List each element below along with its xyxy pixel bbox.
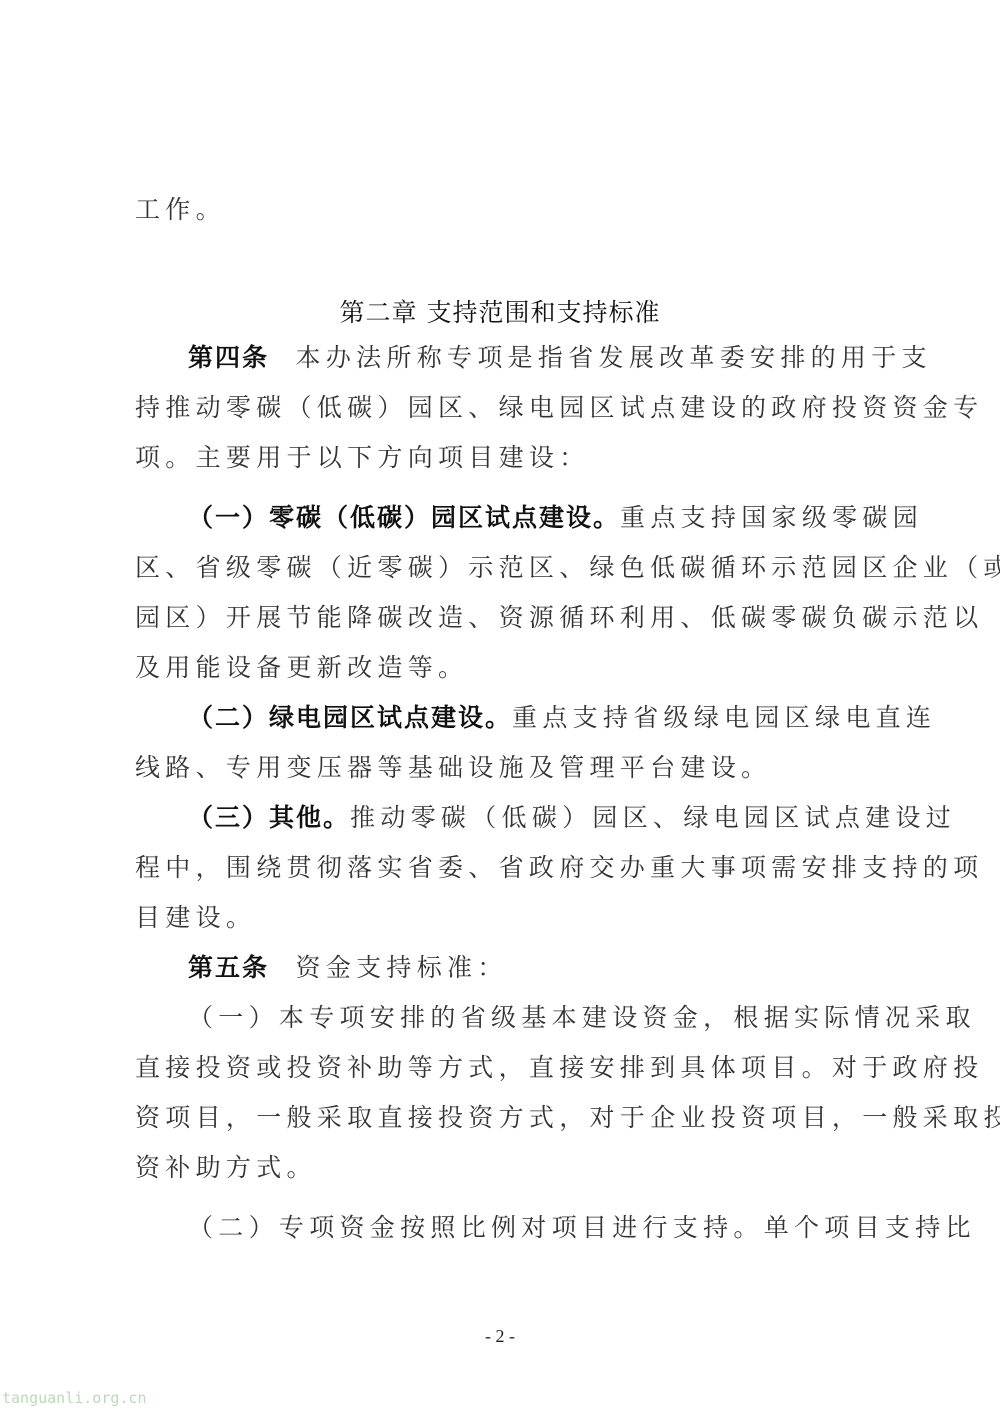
article5-line: （一）本专项安排的省级基本建设资金，根据实际情况采取 <box>188 1003 877 1033</box>
article4-label: 第四条 <box>188 343 269 372</box>
article5-label: 第五条 <box>188 953 269 982</box>
item-title: （一）零碳（低碳）园区试点建设。 <box>188 503 620 532</box>
item-line: 及用能设备更新改造等。 <box>135 653 877 683</box>
item-title: （二）绿电园区试点建设。 <box>188 703 512 732</box>
item-other: （三）其他。推动零碳（低碳）园区、绿电园区试点建设过 <box>188 803 877 833</box>
article5-line: 直接投资或投资补助等方式，直接安排到具体项目。对于政府投 <box>135 1053 877 1083</box>
article5-line: 资项目，一般采取直接投资方式，对于企业投资项目，一般采取投 <box>135 1103 877 1133</box>
carryover-text: 工作。 <box>135 195 877 225</box>
item-line: 区、省级零碳（近零碳）示范区、绿色低碳循环示范园区企业（或 <box>135 553 877 583</box>
article5-intro: 资金支持标准： <box>296 953 508 982</box>
chapter-heading: 第二章 支持范围和支持标准 <box>0 293 1000 329</box>
article4-line: 持推动零碳（低碳）园区、绿电园区试点建设的政府投资资金专 <box>135 393 877 423</box>
article5-line: 资补助方式。 <box>135 1153 877 1183</box>
item-text: 推动零碳（低碳）园区、绿电园区试点建设过 <box>350 803 956 832</box>
item-line: 线路、专用变压器等基础设施及管理平台建设。 <box>135 753 877 783</box>
article5-first-line: 第五条 资金支持标准： <box>188 953 877 983</box>
item-line: 园区）开展节能降碳改造、资源循环利用、低碳零碳负碳示范以 <box>135 603 877 633</box>
article5-line: （二）专项资金按照比例对项目进行支持。单个项目支持比 <box>188 1213 877 1243</box>
item-line: 程中，围绕贯彻落实省委、省政府交办重大事项需安排支持的项 <box>135 853 877 883</box>
item-text: 重点支持省级绿电园区绿电直连 <box>512 703 936 732</box>
article4-line: 项。主要用于以下方向项目建设： <box>135 443 877 473</box>
item-green-power: （二）绿电园区试点建设。重点支持省级绿电园区绿电直连 <box>188 703 877 733</box>
article4-text: 本办法所称专项是指省发展改革委安排的用于支 <box>296 343 932 372</box>
watermark: tanguanli.org.cn <box>2 1389 147 1407</box>
item-text: 重点支持国家级零碳园 <box>620 503 923 532</box>
article4-first-line: 第四条 本办法所称专项是指省发展改革委安排的用于支 <box>188 343 877 373</box>
item-title: （三）其他。 <box>188 803 350 832</box>
item-zero-carbon: （一）零碳（低碳）园区试点建设。重点支持国家级零碳园 <box>188 503 877 533</box>
page-number: - 2 - <box>0 1326 1000 1347</box>
item-line: 目建设。 <box>135 903 877 933</box>
